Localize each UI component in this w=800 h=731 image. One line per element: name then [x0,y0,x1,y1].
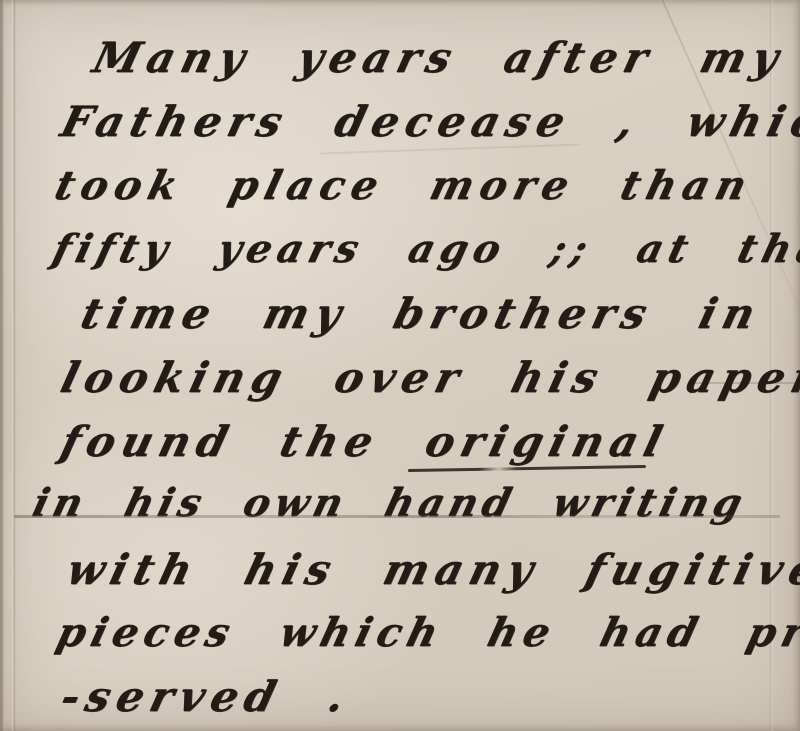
manuscript-line-4: fifty years ago ;; at that [48,226,800,272]
paper-fold-line-left [12,0,16,731]
paper-left-edge-shadow [0,0,3,731]
manuscript-page: Many years after my Fathers decease , wh… [0,0,800,731]
manuscript-line-5: time my brothers in [76,289,767,338]
manuscript-line-7: found the original [56,417,674,466]
manuscript-line-6: looking over his papers [56,353,800,402]
faint-line-through-line-8 [14,515,780,518]
manuscript-line-1: Many years after my [88,33,790,82]
manuscript-line-10: pieces which he had pre [52,609,800,656]
manuscript-line-2: Fathers decease , which [56,97,800,146]
manuscript-line-9: with his many fugitive [62,545,800,594]
manuscript-line-3: took place more than [50,162,758,209]
manuscript-line-8: in his own hand writing [28,480,752,526]
manuscript-line-11: -served . [56,672,357,721]
